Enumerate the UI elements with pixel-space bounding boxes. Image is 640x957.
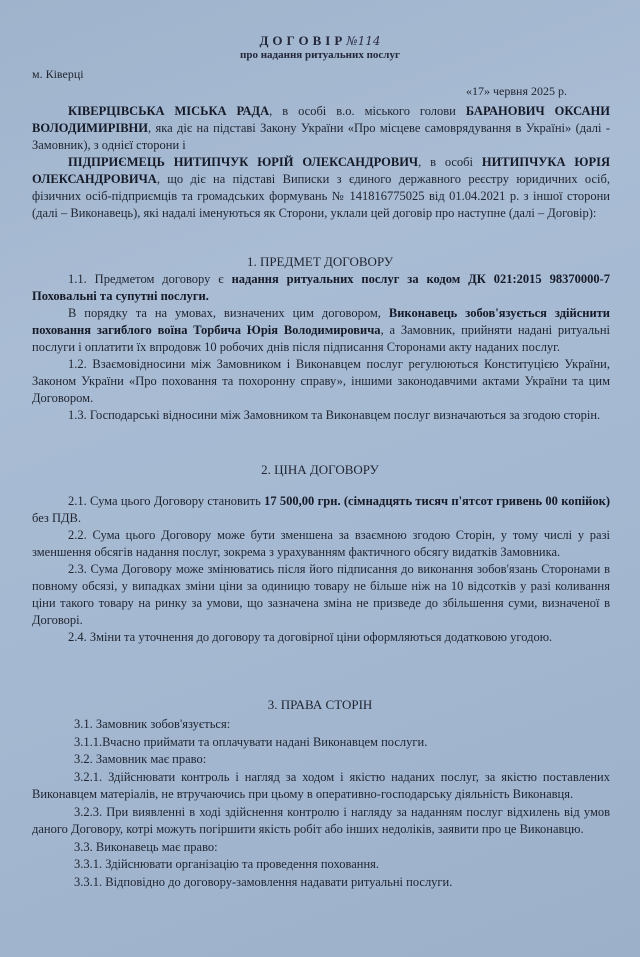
- document-title: ДОГОВІР№114: [0, 33, 640, 49]
- clause-3-3-1b: 3.3.1. Відповідно до договору-замовлення…: [32, 874, 610, 892]
- clause-2-2: 2.2. Сума цього Договору може бути зменш…: [32, 527, 610, 561]
- clause-1-1: 1.1. Предметом договору є надання ритуал…: [32, 271, 610, 305]
- clause-1-3: 1.3. Господарські відносини між Замовник…: [32, 407, 610, 424]
- clause-3-1: 3.1. Замовник зобов'язується:: [32, 716, 610, 734]
- party2-paragraph: ПІДПРИЄМЕЦЬ НИТИПЧУК ЮРІЙ ОЛЕКСАНДРОВИЧ,…: [32, 154, 610, 222]
- section2-heading: 2. ЦІНА ДОГОВОРУ: [0, 462, 640, 478]
- clause-3-3-1: 3.3.1. Здійснювати організацію та провед…: [32, 856, 610, 874]
- section3-body: 3.1. Замовник зобов'язується: 3.1.1.Вчас…: [32, 716, 610, 891]
- party1-paragraph: КІВЕРЦІВСЬКА МІСЬКА РАДА, в особі в.о. м…: [32, 103, 610, 154]
- contract-page: ДОГОВІР№114 про надання ритуальних послу…: [0, 0, 640, 957]
- section1-body: 1.1. Предметом договору є надання ритуал…: [32, 271, 610, 424]
- clause-1-1-cont: В порядку та на умовах, визначених цим д…: [32, 305, 610, 356]
- document-subtitle: про надання ритуальних послуг: [0, 49, 640, 61]
- clause-2-4: 2.4. Зміни та уточнення до договору та д…: [32, 629, 610, 646]
- clause-text: без ПДВ.: [32, 511, 81, 525]
- clause-3-2-1: 3.2.1. Здійснювати контроль і нагляд за …: [32, 769, 610, 804]
- clause-1-2: 1.2. Взаємовідносини між Замовником і Ви…: [32, 356, 610, 407]
- party2-text: , в особі: [418, 155, 482, 169]
- party1-text: , в особі в.о. міського голови: [269, 104, 466, 118]
- clause-3-2: 3.2. Замовник має право:: [32, 751, 610, 769]
- clause-text: В порядку та на умовах, визначених цим д…: [68, 306, 389, 320]
- clause-3-3: 3.3. Виконавець має право:: [32, 839, 610, 857]
- clause-text: 1.1. Предметом договору є: [68, 272, 232, 286]
- party1-name: КІВЕРЦІВСЬКА МІСЬКА РАДА: [68, 104, 269, 118]
- handwritten-number: №114: [346, 34, 380, 48]
- city: м. Ківерці: [32, 67, 84, 82]
- title-text: ДОГОВІР: [259, 33, 346, 48]
- party2-name: ПІДПРИЄМЕЦЬ НИТИПЧУК ЮРІЙ ОЛЕКСАНДРОВИЧ: [68, 155, 418, 169]
- clause-2-1: 2.1. Сума цього Договору становить 17 50…: [32, 493, 610, 527]
- contract-date: «17» червня 2025 р.: [466, 84, 567, 99]
- clause-text: 2.1. Сума цього Договору становить: [68, 494, 264, 508]
- section2-body: 2.1. Сума цього Договору становить 17 50…: [32, 493, 610, 650]
- section1-heading: 1. ПРЕДМЕТ ДОГОВОРУ: [0, 254, 640, 270]
- section3-heading: 3. ПРАВА СТОРІН: [0, 697, 640, 713]
- clause-3-1-1: 3.1.1.Вчасно приймати та оплачувати нада…: [32, 734, 610, 752]
- clause-2-3: 2.3. Сума Договору може змінюватись післ…: [32, 561, 610, 629]
- contract-amount: 17 500,00 грн. (сімнадцять тисяч п'ятсот…: [264, 494, 610, 508]
- preamble: КІВЕРЦІВСЬКА МІСЬКА РАДА, в особі в.о. м…: [32, 103, 610, 222]
- clause-3-2-3: 3.2.3. При виявленні в ході здійснення к…: [32, 804, 610, 839]
